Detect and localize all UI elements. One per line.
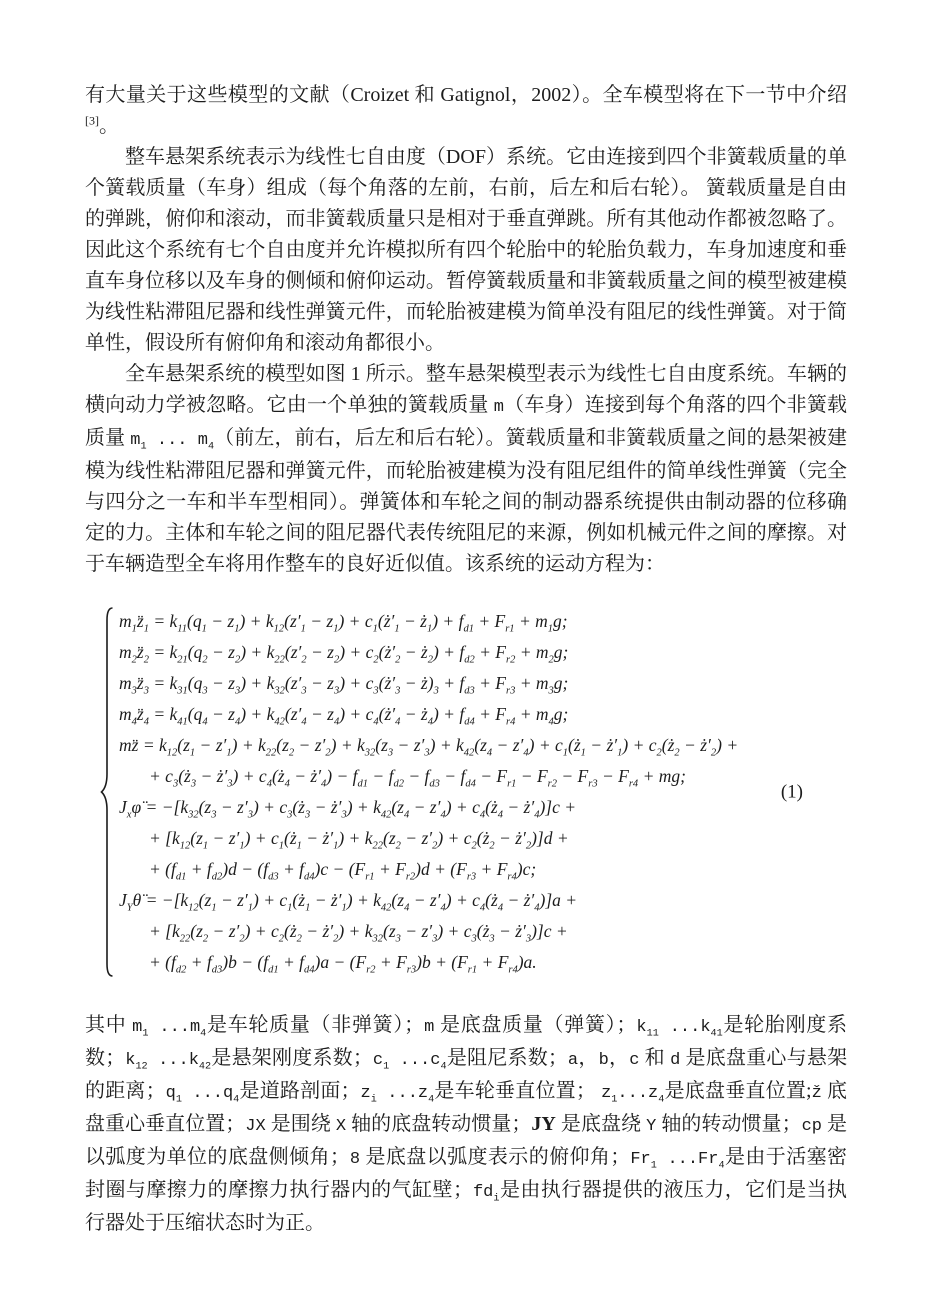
left-brace-icon xyxy=(99,606,115,978)
equation-line: + [k12(z1 − z′1) + c1(ż1 − ż′1) + k22(z2… xyxy=(119,823,738,854)
equation-line: m4z̈4 = k41(q4 − z4) + k42(z′4 − z4) + c… xyxy=(119,699,738,730)
paragraph-dof-system: 整车悬架系统表示为线性七自由度（DOF）系统。它由连接到四个非簧载质量的单个簧载… xyxy=(85,142,847,359)
paragraph-intro: 有大量关于这些模型的文献（Croizet 和 Gatignol，2002）。全车… xyxy=(85,80,847,142)
equation-line: m3z̈3 = k31(q3 − z3) + k32(z′3 − z3) + c… xyxy=(119,668,738,699)
page-content: 有大量关于这些模型的文献（Croizet 和 Gatignol，2002）。全车… xyxy=(85,80,847,1239)
document-page: 有大量关于这些模型的文献（Croizet 和 Gatignol，2002）。全车… xyxy=(0,0,925,1309)
equation-lines: m1z̈1 = k11(q1 − z1) + k12(z′1 − z1) + c… xyxy=(115,606,738,978)
equation-line: mz̈ = k12(z1 − z′1) + k22(z2 − z′2) + k3… xyxy=(119,730,738,761)
equation-line: + (fd2 + fd3)b − (fd1 + fd4)a − (Fr2 + F… xyxy=(119,947,738,978)
paragraph-model-description: 全车悬架系统的模型如图 1 所示。整车悬架模型表示为线性七自由度系统。车辆的横向… xyxy=(85,359,847,580)
equation-line: + [k22(z2 − z′2) + c2(ż2 − ż′2) + k32(z3… xyxy=(119,916,738,947)
equation-line: + (fd1 + fd2)d − (fd3 + fd4)c − (Fr1 + F… xyxy=(119,854,738,885)
equation-line: JYθ̈ = −[k12(z1 − z′1) + c1(ż1 − ż′1) + … xyxy=(119,885,738,916)
paragraph-symbol-definitions: 其中 m1 ...m4是车轮质量（非弹簧）；m 是底盘质量（弹簧）；k11 ..… xyxy=(85,1010,847,1239)
equation-line: Jxφ̈ = −[k32(z3 − z′3) + c3(ż3 − ż′3) + … xyxy=(119,792,738,823)
equation-block: m1z̈1 = k11(q1 − z1) + k12(z′1 − z1) + c… xyxy=(99,606,847,978)
equation-number: (1) xyxy=(781,777,803,808)
equation-line: m1z̈1 = k11(q1 − z1) + k12(z′1 − z1) + c… xyxy=(119,606,738,637)
equation-line: m2z̈2 = k21(q2 − z2) + k22(z′2 − z2) + c… xyxy=(119,637,738,668)
equation-line: + c3(ż3 − ż′3) + c4(ż4 − ż′4) − fd1 − fd… xyxy=(119,761,738,792)
